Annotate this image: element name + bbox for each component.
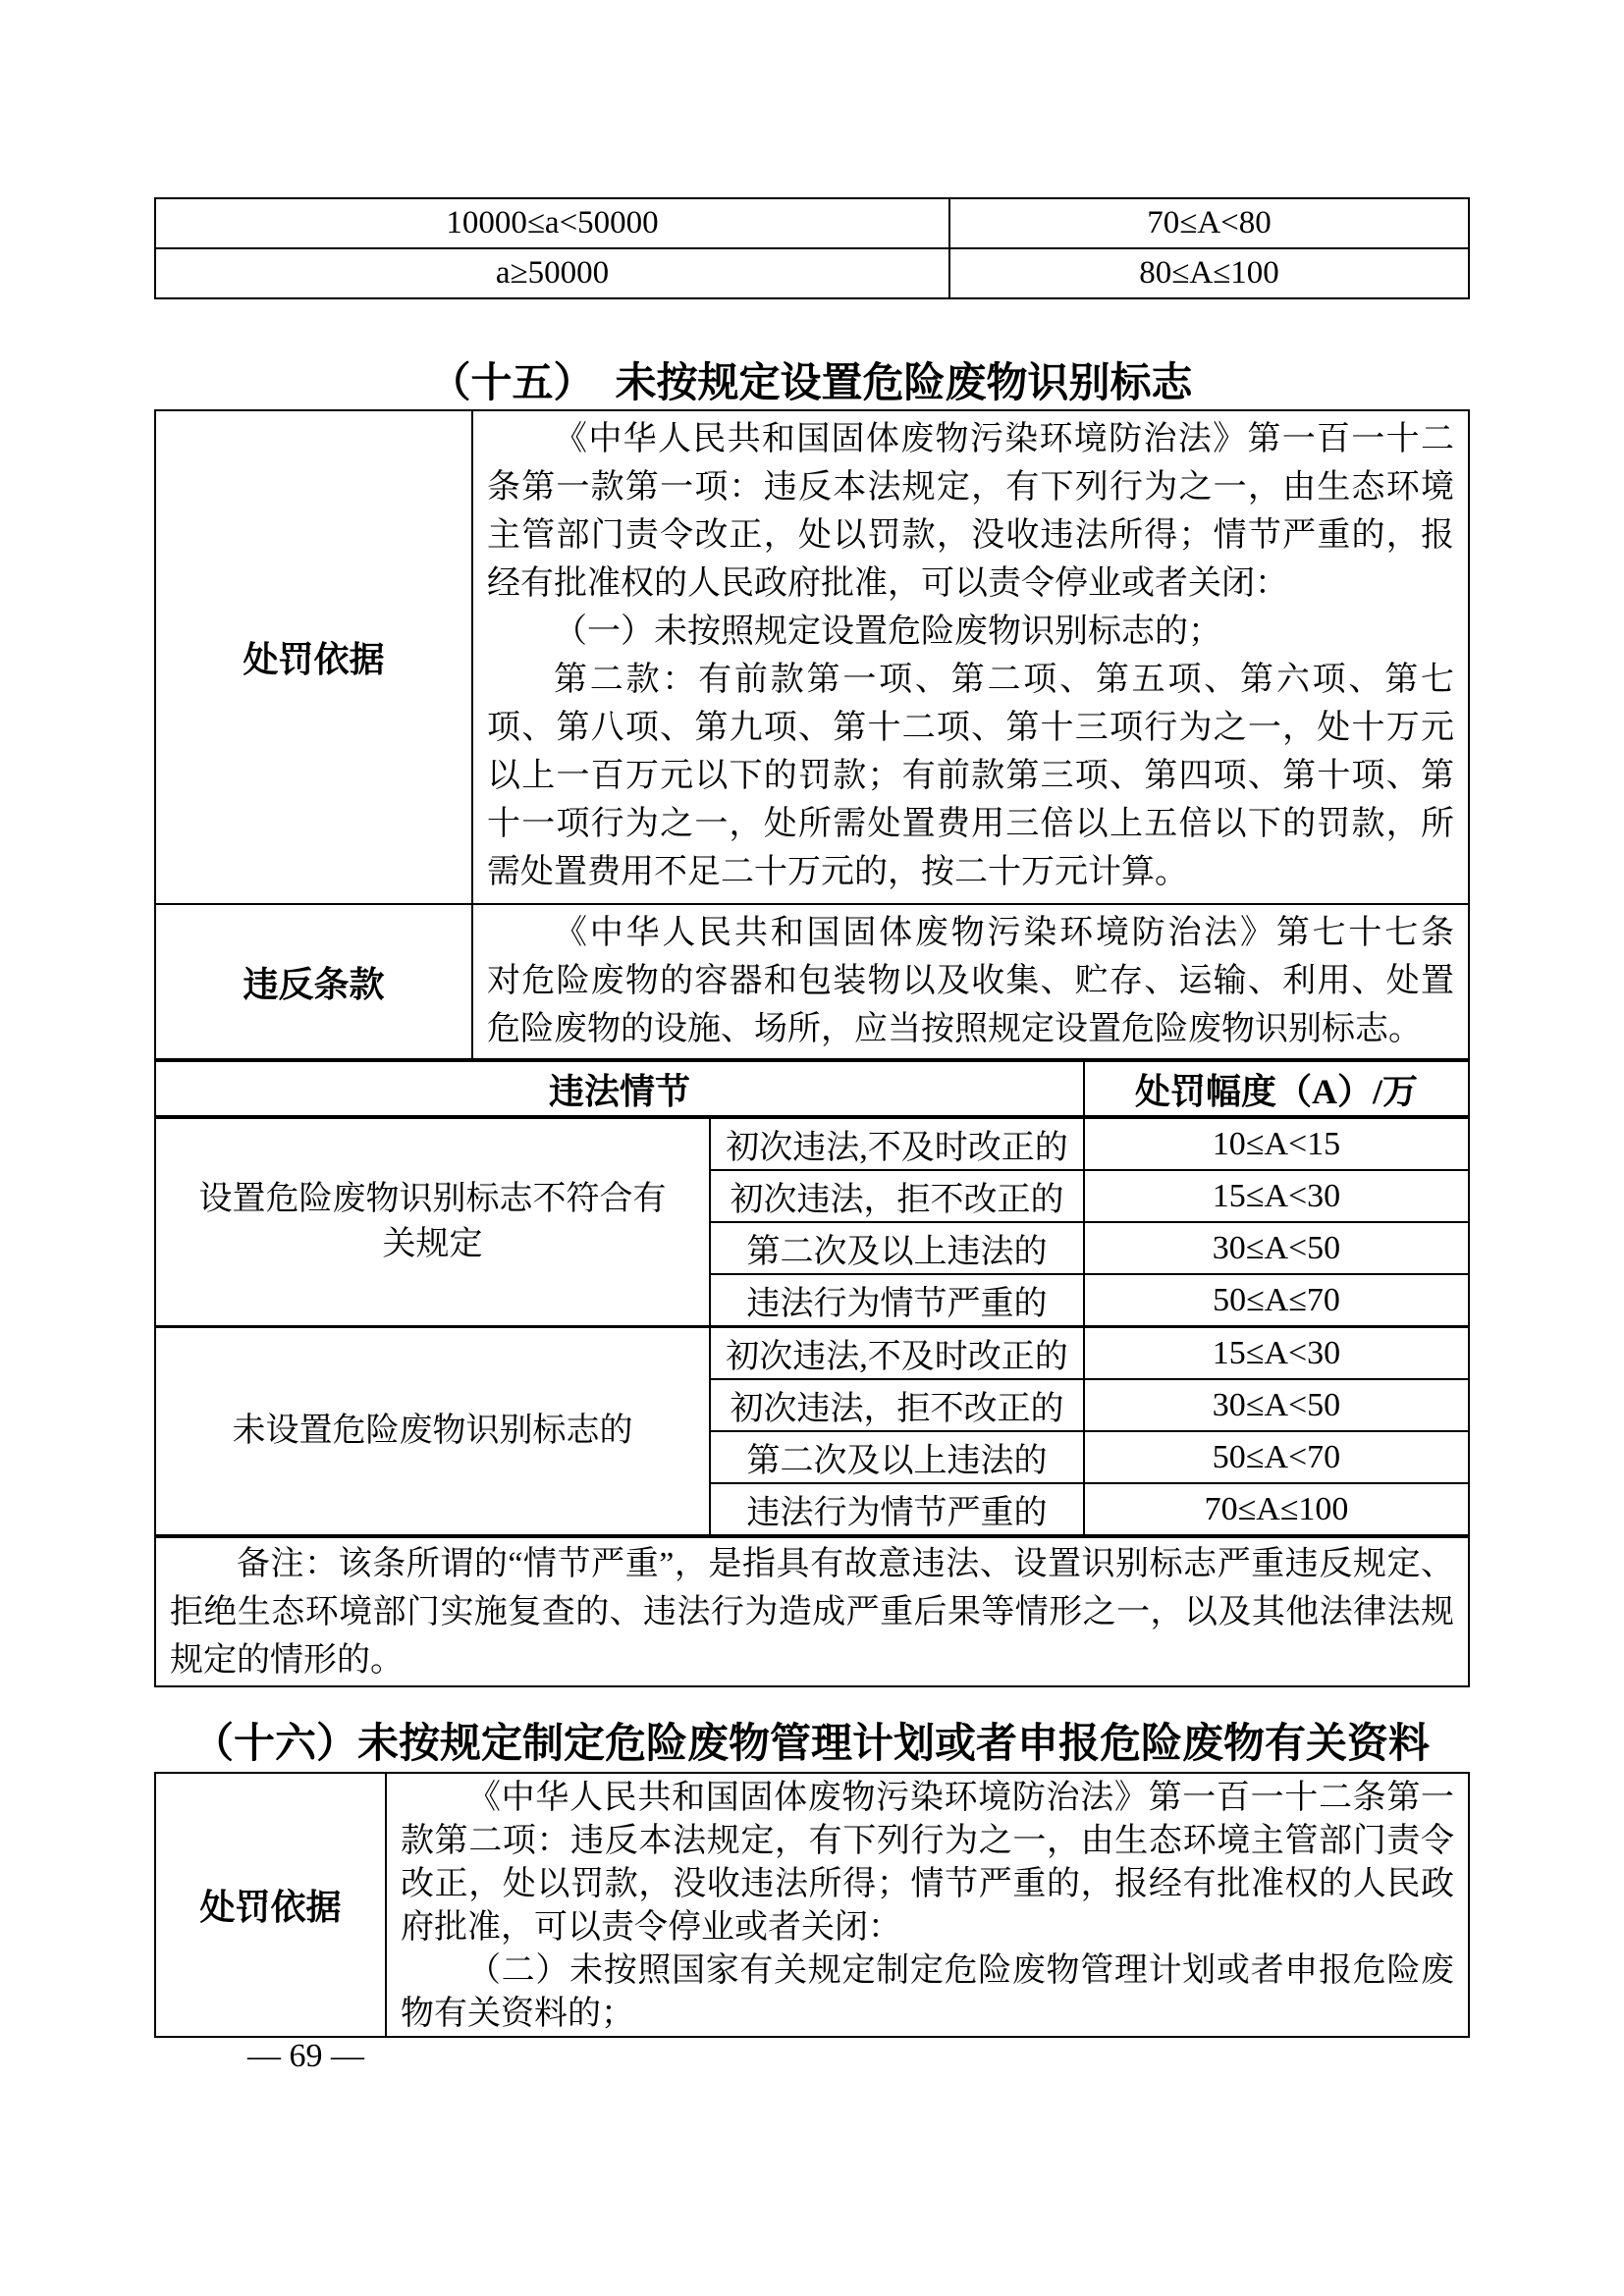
situation-cell: 违法行为情节严重的 [710, 1483, 1084, 1536]
violation-group-label: 未设置危险废物识别标志的 [155, 1327, 710, 1537]
situation-cell: 第二次及以上违法的 [710, 1222, 1084, 1274]
penalty-basis-label: 处罚依据 [155, 410, 472, 904]
situation-cell: 初次违法,不及时改正的 [710, 1117, 1084, 1170]
violated-clause-text: 《中华人民共和国固体废物污染环境防治法》第七十七条 对危险废物的容器和包装物以及… [472, 904, 1469, 1060]
table-header-row: 违法情节 处罚幅度（A）/万 [155, 1060, 1469, 1117]
amount-range-cell: a≥50000 [155, 248, 949, 298]
table-row: 备注：该条所谓的“情节严重”，是指具有故意违法、设置识别标志严重违反规定、拒绝生… [155, 1536, 1469, 1686]
penalty-range-cell: 70≤A≤100 [1084, 1483, 1469, 1536]
table-row: 未设置危险废物识别标志的 初次违法,不及时改正的 15≤A<30 [155, 1327, 1469, 1380]
penalty-basis-text: 《中华人民共和国固体废物污染环境防治法》第一百一十二条第一款第二项：违反本法规定… [386, 1773, 1469, 2037]
situation-cell: 初次违法，拒不改正的 [710, 1379, 1084, 1431]
table-row: a≥50000 80≤A≤100 [155, 248, 1469, 298]
table-row: 违反条款 《中华人民共和国固体废物污染环境防治法》第七十七条 对危险废物的容器和… [155, 904, 1469, 1060]
paragraph: 《中华人民共和国固体废物污染环境防治法》第一百一十二条第一款第一项：违反本法规定… [487, 415, 1454, 608]
continuation-table: 10000≤a<50000 70≤A<80 a≥50000 80≤A≤100 [154, 197, 1468, 299]
paragraph: 《中华人民共和国固体废物污染环境防治法》第七十七条 对危险废物的容器和包装物以及… [487, 909, 1454, 1053]
table-row: 处罚依据 《中华人民共和国固体废物污染环境防治法》第一百一十二条第一款第二项：违… [155, 1773, 1469, 2037]
section-16-title: （十六）未按规定制定危险废物管理计划或者申报危险废物有关资料 [154, 1719, 1468, 1770]
remark-cell: 备注：该条所谓的“情节严重”，是指具有故意违法、设置识别标志严重违反规定、拒绝生… [155, 1536, 1469, 1686]
document-page: { "top_table": { "rows": [ ["10000≤a<500… [0, 0, 1624, 2296]
penalty-range-cell: 50≤A<70 [1084, 1431, 1469, 1483]
section-16-table-grid: 处罚依据 《中华人民共和国固体废物污染环境防治法》第一百一十二条第一款第二项：违… [154, 1772, 1470, 2038]
paragraph: （二）未按照国家有关规定制定危险废物管理计划或者申报危险废物有关资料的； [401, 1949, 1454, 2036]
situation-cell: 初次违法,不及时改正的 [710, 1327, 1084, 1380]
penalty-range-cell: 15≤A<30 [1084, 1327, 1469, 1380]
violation-group-label: 设置危险废物识别标志不符合有关规定 [155, 1117, 710, 1327]
situation-cell: 违法行为情节严重的 [710, 1274, 1084, 1327]
penalty-range-cell: 10≤A<15 [1084, 1117, 1469, 1170]
paragraph: 备注：该条所谓的“情节严重”，是指具有故意违法、设置识别标志严重违反规定、拒绝生… [170, 1540, 1454, 1684]
penalty-range-cell: 30≤A<50 [1084, 1379, 1469, 1431]
penalty-basis-label: 处罚依据 [155, 1773, 386, 2037]
penalty-range-cell: 30≤A<50 [1084, 1222, 1469, 1274]
situation-cell: 第二次及以上违法的 [710, 1431, 1084, 1483]
section-15-title: （十五） 未按规定设置危险废物识别标志 [154, 358, 1468, 409]
paragraph: 第二款：有前款第一项、第二项、第五项、第六项、第七项、第八项、第九项、第十二项、… [487, 656, 1454, 896]
column-header-penalty-range: 处罚幅度（A）/万 [1084, 1060, 1469, 1117]
table-row: 处罚依据 《中华人民共和国固体废物污染环境防治法》第一百一十二条第一款第一项：违… [155, 410, 1469, 904]
table-row: 设置危险废物识别标志不符合有关规定 初次违法,不及时改正的 10≤A<15 [155, 1117, 1469, 1170]
penalty-basis-text: 《中华人民共和国固体废物污染环境防治法》第一百一十二条第一款第一项：违反本法规定… [472, 410, 1469, 904]
situation-cell: 初次违法，拒不改正的 [710, 1170, 1084, 1222]
continuation-table-grid: 10000≤a<50000 70≤A<80 a≥50000 80≤A≤100 [154, 197, 1470, 299]
penalty-range-cell: 15≤A<30 [1084, 1170, 1469, 1222]
penalty-range-cell: 70≤A<80 [949, 198, 1469, 248]
violated-clause-label: 违反条款 [155, 904, 472, 1060]
paragraph: （一）未按照规定设置危险废物识别标志的； [487, 608, 1454, 656]
section-15-table-grid: 处罚依据 《中华人民共和国固体废物污染环境防治法》第一百一十二条第一款第一项：违… [154, 409, 1470, 1687]
penalty-range-cell: 80≤A≤100 [949, 248, 1469, 298]
paragraph: 《中华人民共和国固体废物污染环境防治法》第一百一十二条第一款第二项：违反本法规定… [401, 1777, 1454, 1949]
amount-range-cell: 10000≤a<50000 [155, 198, 949, 248]
section-16-table: 处罚依据 《中华人民共和国固体废物污染环境防治法》第一百一十二条第一款第二项：违… [154, 1772, 1468, 2038]
table-row: 10000≤a<50000 70≤A<80 [155, 198, 1469, 248]
page-number: — 69 — [247, 2037, 364, 2076]
penalty-range-cell: 50≤A≤70 [1084, 1274, 1469, 1327]
column-header-situation: 违法情节 [155, 1060, 1084, 1117]
section-15-table: 处罚依据 《中华人民共和国固体废物污染环境防治法》第一百一十二条第一款第一项：违… [154, 409, 1468, 1687]
